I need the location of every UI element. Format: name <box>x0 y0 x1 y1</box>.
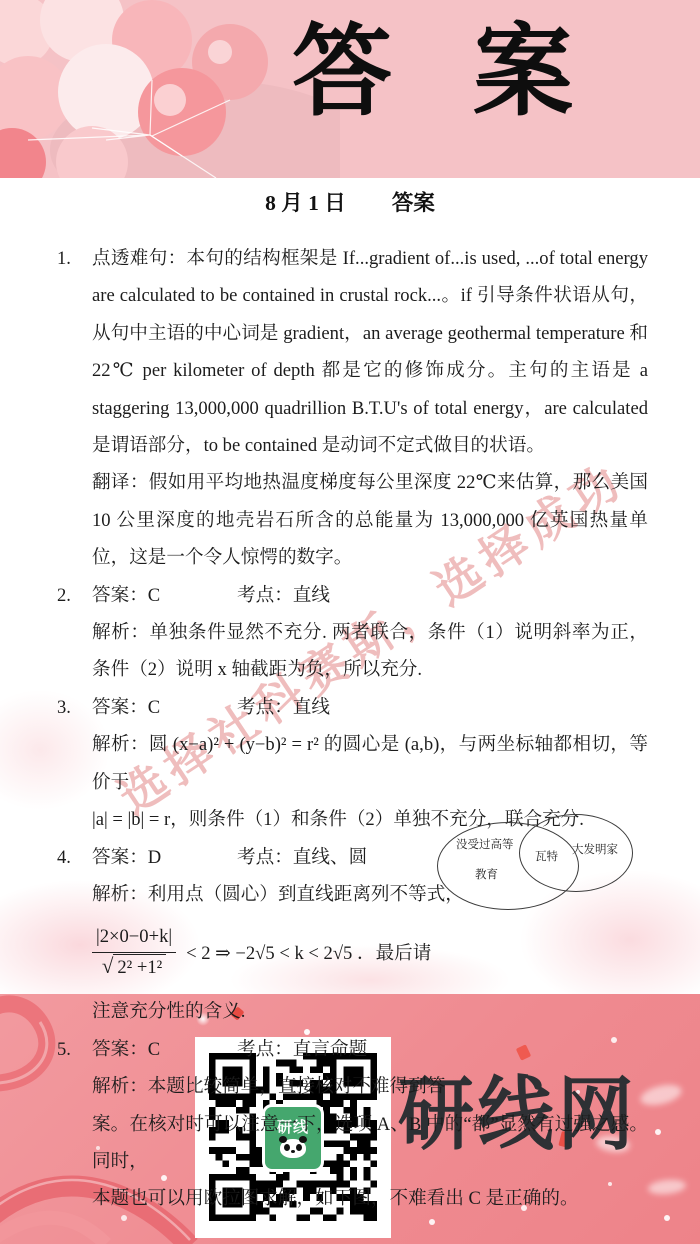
page-title: 答 案 <box>292 18 601 128</box>
explanation-paragraph: 点透难句：本句的结构框架是 If...gradient of...is used… <box>92 240 648 464</box>
distance-inequality-formula: |2×0−0+k| √ 2² +1² < 2 ⇒ −2√5 < k < 2√5 … <box>92 913 648 993</box>
explanation-paragraph: 解析：圆 (x−a)² + (y−b)² = r² 的圆心是 (a,b)，与两坐… <box>92 726 648 801</box>
topic-value: 考点：直言命题 <box>237 1031 367 1068</box>
petal <box>647 1178 686 1196</box>
item-number: 2. <box>57 577 92 689</box>
sparkle-dots <box>0 994 4 998</box>
venn-right-label: 大发明家 <box>572 845 618 857</box>
fraction: |2×0−0+k| √ 2² +1² <box>92 924 176 982</box>
euler-venn-diagram: 没受过高等 教育 瓦特 大发明家 <box>437 812 651 918</box>
topic-value: 考点：直线 <box>237 689 330 726</box>
venn-left-label-line2: 教育 <box>475 870 498 882</box>
sqrt-symbol: √ <box>102 954 114 978</box>
topic-value: 考点：直线 <box>237 577 330 614</box>
answer-value: 答案：C <box>92 689 237 726</box>
answer-topic-line: 答案：C 考点：直线 <box>92 577 648 614</box>
answer-item-5: 5. 答案：C 考点：直言命题 解析：本题比较简单，直接核对不难得到答 案。在核… <box>57 1031 648 1218</box>
item-number: 1. <box>57 240 92 577</box>
explanation-paragraph: 本题也可以用欧拉图求解，如下图，不难看出 C 是正确的。 <box>92 1180 648 1217</box>
venn-left-label-line1: 没受过高等 <box>456 840 514 852</box>
date-text: 8 月 1 日 <box>265 186 346 217</box>
date-line: 8 月 1 日 答案 <box>0 186 700 217</box>
translation-paragraph: 翻译：假如用平均地热温度梯度每公里深度 22℃来估算，那么美国 10 公里深度的… <box>92 464 648 576</box>
item-number: 5. <box>57 1031 92 1218</box>
item-number: 4. <box>57 839 92 1031</box>
fraction-numerator: |2×0−0+k| <box>92 924 176 953</box>
fraction-denominator: √ 2² +1² <box>102 953 166 982</box>
answer-sheet-page: 答 案 8 月 1 日 答案 选择社科赛斯，选择成功 1. 点透难句：本句的结构… <box>0 0 700 1244</box>
answer-topic-line: 答案：C 考点：直线 <box>92 689 648 726</box>
pink-balloons-icon <box>0 0 340 178</box>
answers-list: 1. 点透难句：本句的结构框架是 If...gradient of...is u… <box>57 240 648 1218</box>
venn-intersection-label: 瓦特 <box>535 852 558 864</box>
topic-value: 考点：直线、圆 <box>237 839 367 876</box>
answer-item-2: 2. 答案：C 考点：直线 解析：单独条件显然不充分. 两者联合，条件（1）说明… <box>57 577 648 689</box>
explanation-paragraph: 解析：单独条件显然不充分. 两者联合，条件（1）说明斜率为正，条件（2）说明 x… <box>92 614 648 689</box>
header-banner: 答 案 <box>0 0 700 178</box>
answer-value: 答案：C <box>92 1031 237 1068</box>
answer-value: 答案：D <box>92 839 237 876</box>
explanation-paragraph: 案。在核对时可以注意一下，选项 A、B 中的“都”显然有过强之感。同时， <box>92 1106 648 1181</box>
formula-result: < 2 ⇒ −2√5 < k < 2√5 ．最后请 <box>186 935 431 972</box>
explanation-paragraph: 解析：本题比较简单，直接核对不难得到答 <box>92 1068 477 1105</box>
answer-value: 答案：C <box>92 577 237 614</box>
explanation-paragraph: 注意充分性的含义. <box>92 993 648 1030</box>
answer-topic-line: 答案：C 考点：直言命题 <box>92 1031 648 1068</box>
item-number: 3. <box>57 689 92 839</box>
answer-item-1: 1. 点透难句：本句的结构框架是 If...gradient of...is u… <box>57 240 648 577</box>
date-answer-label: 答案 <box>392 186 435 217</box>
